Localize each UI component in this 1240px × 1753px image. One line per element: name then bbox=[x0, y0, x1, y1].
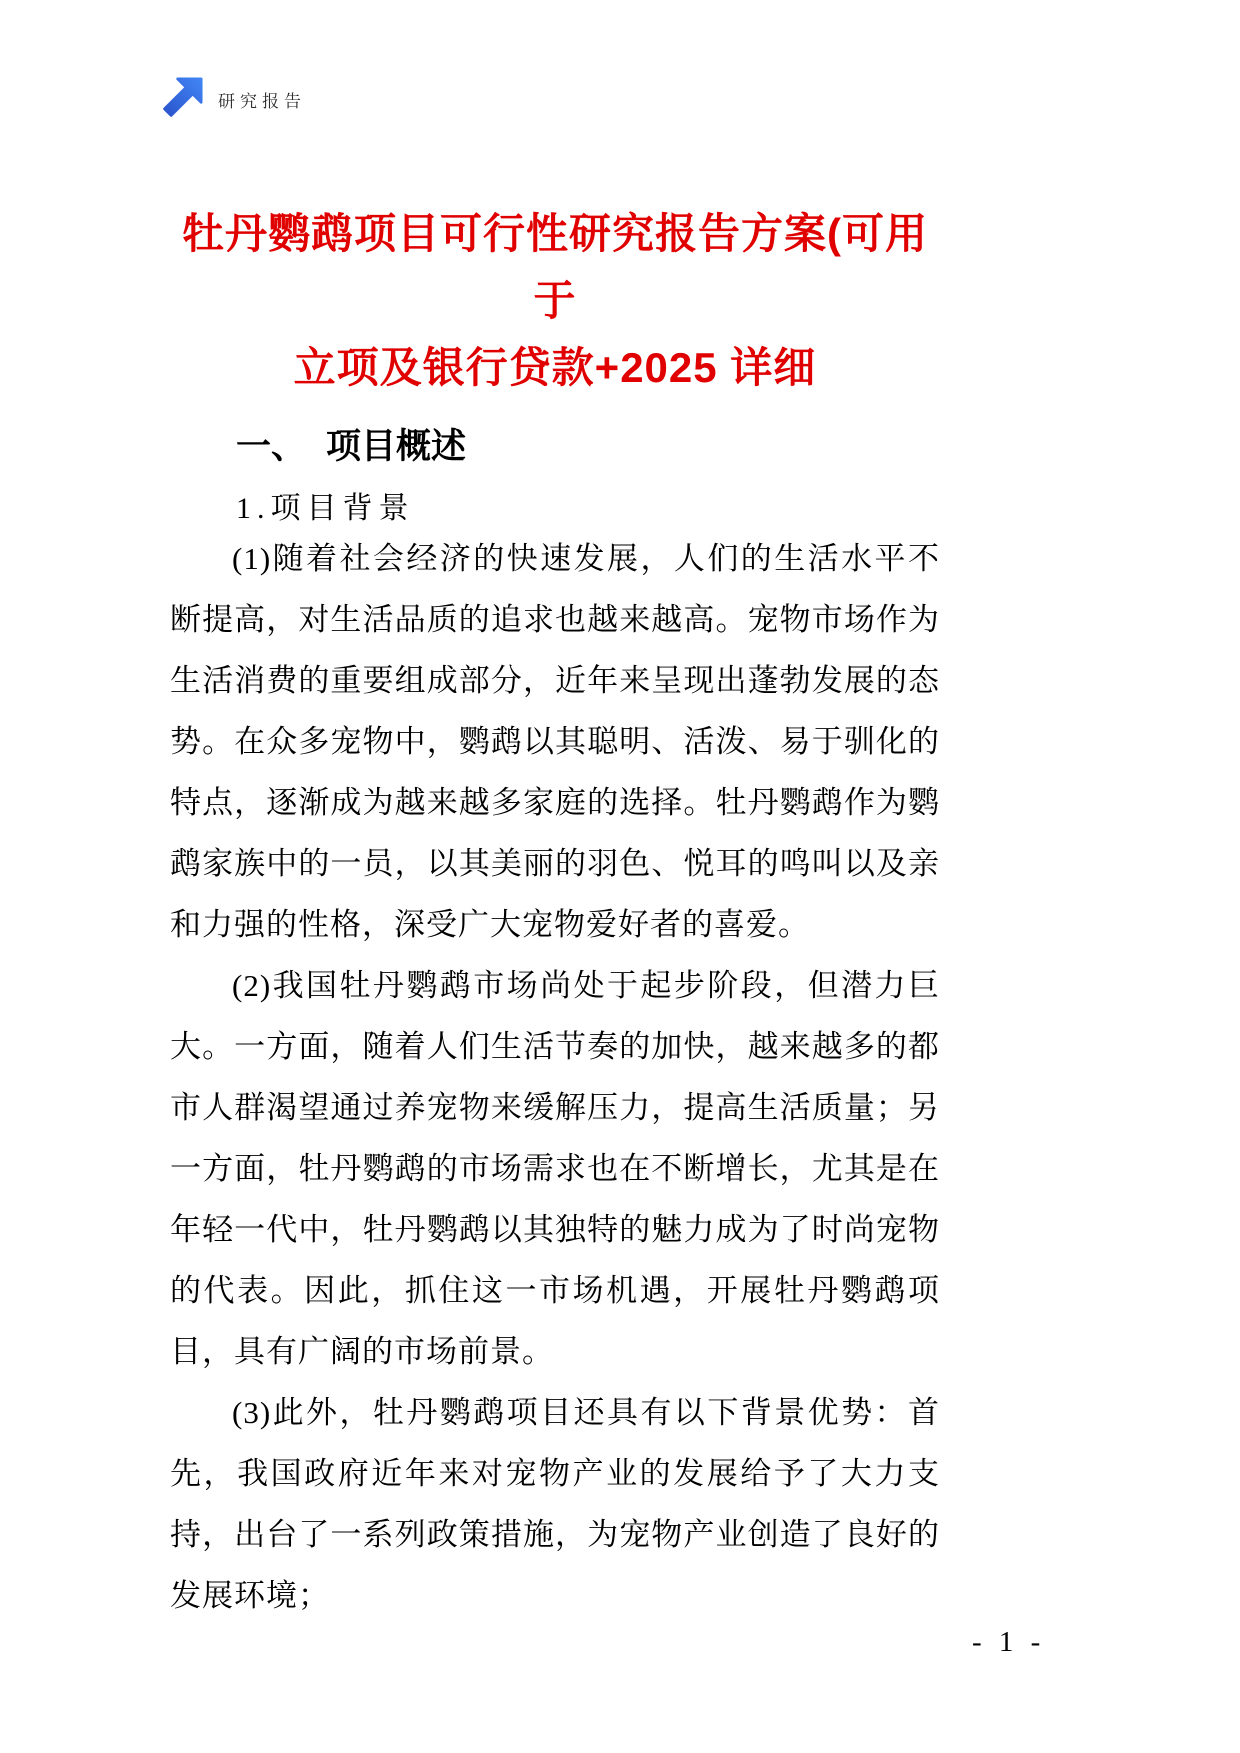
section-heading-number: 一、 bbox=[236, 419, 306, 469]
section-heading-label: 项目概述 bbox=[326, 419, 466, 469]
paragraph-3: (3)此外，牡丹鹦鹉项目还具有以下背景优势：首先，我国政府近年来对宠物产业的发展… bbox=[170, 1382, 940, 1626]
sub-heading: 1.项目背景 bbox=[236, 483, 415, 527]
paragraph-2: (2)我国牡丹鹦鹉市场尚处于起步阶段，但潜力巨大。一方面，随着人们生活节奏的加快… bbox=[170, 955, 940, 1382]
brand-name: 研究报告 bbox=[218, 87, 306, 112]
document-title-line1: 牡丹鹦鹉项目可行性研究报告方案(可用于 bbox=[182, 210, 928, 324]
page-number: - 1 - bbox=[972, 1626, 1045, 1659]
document-body: (1)随着社会经济的快速发展，人们的生活水平不断提高，对生活品质的追求也越来越高… bbox=[170, 528, 940, 1626]
section-heading: 一、 项目概述 bbox=[236, 419, 466, 469]
arrow-up-right-icon bbox=[158, 76, 203, 123]
paragraph-1: (1)随着社会经济的快速发展，人们的生活水平不断提高，对生活品质的追求也越来越高… bbox=[170, 528, 940, 955]
document-title-line2: 立项及银行贷款+2025 详细 bbox=[294, 344, 817, 391]
document-title: 牡丹鹦鹉项目可行性研究报告方案(可用于 立项及银行贷款+2025 详细 bbox=[170, 200, 940, 401]
brand-logo: 研究报告 bbox=[158, 76, 306, 123]
